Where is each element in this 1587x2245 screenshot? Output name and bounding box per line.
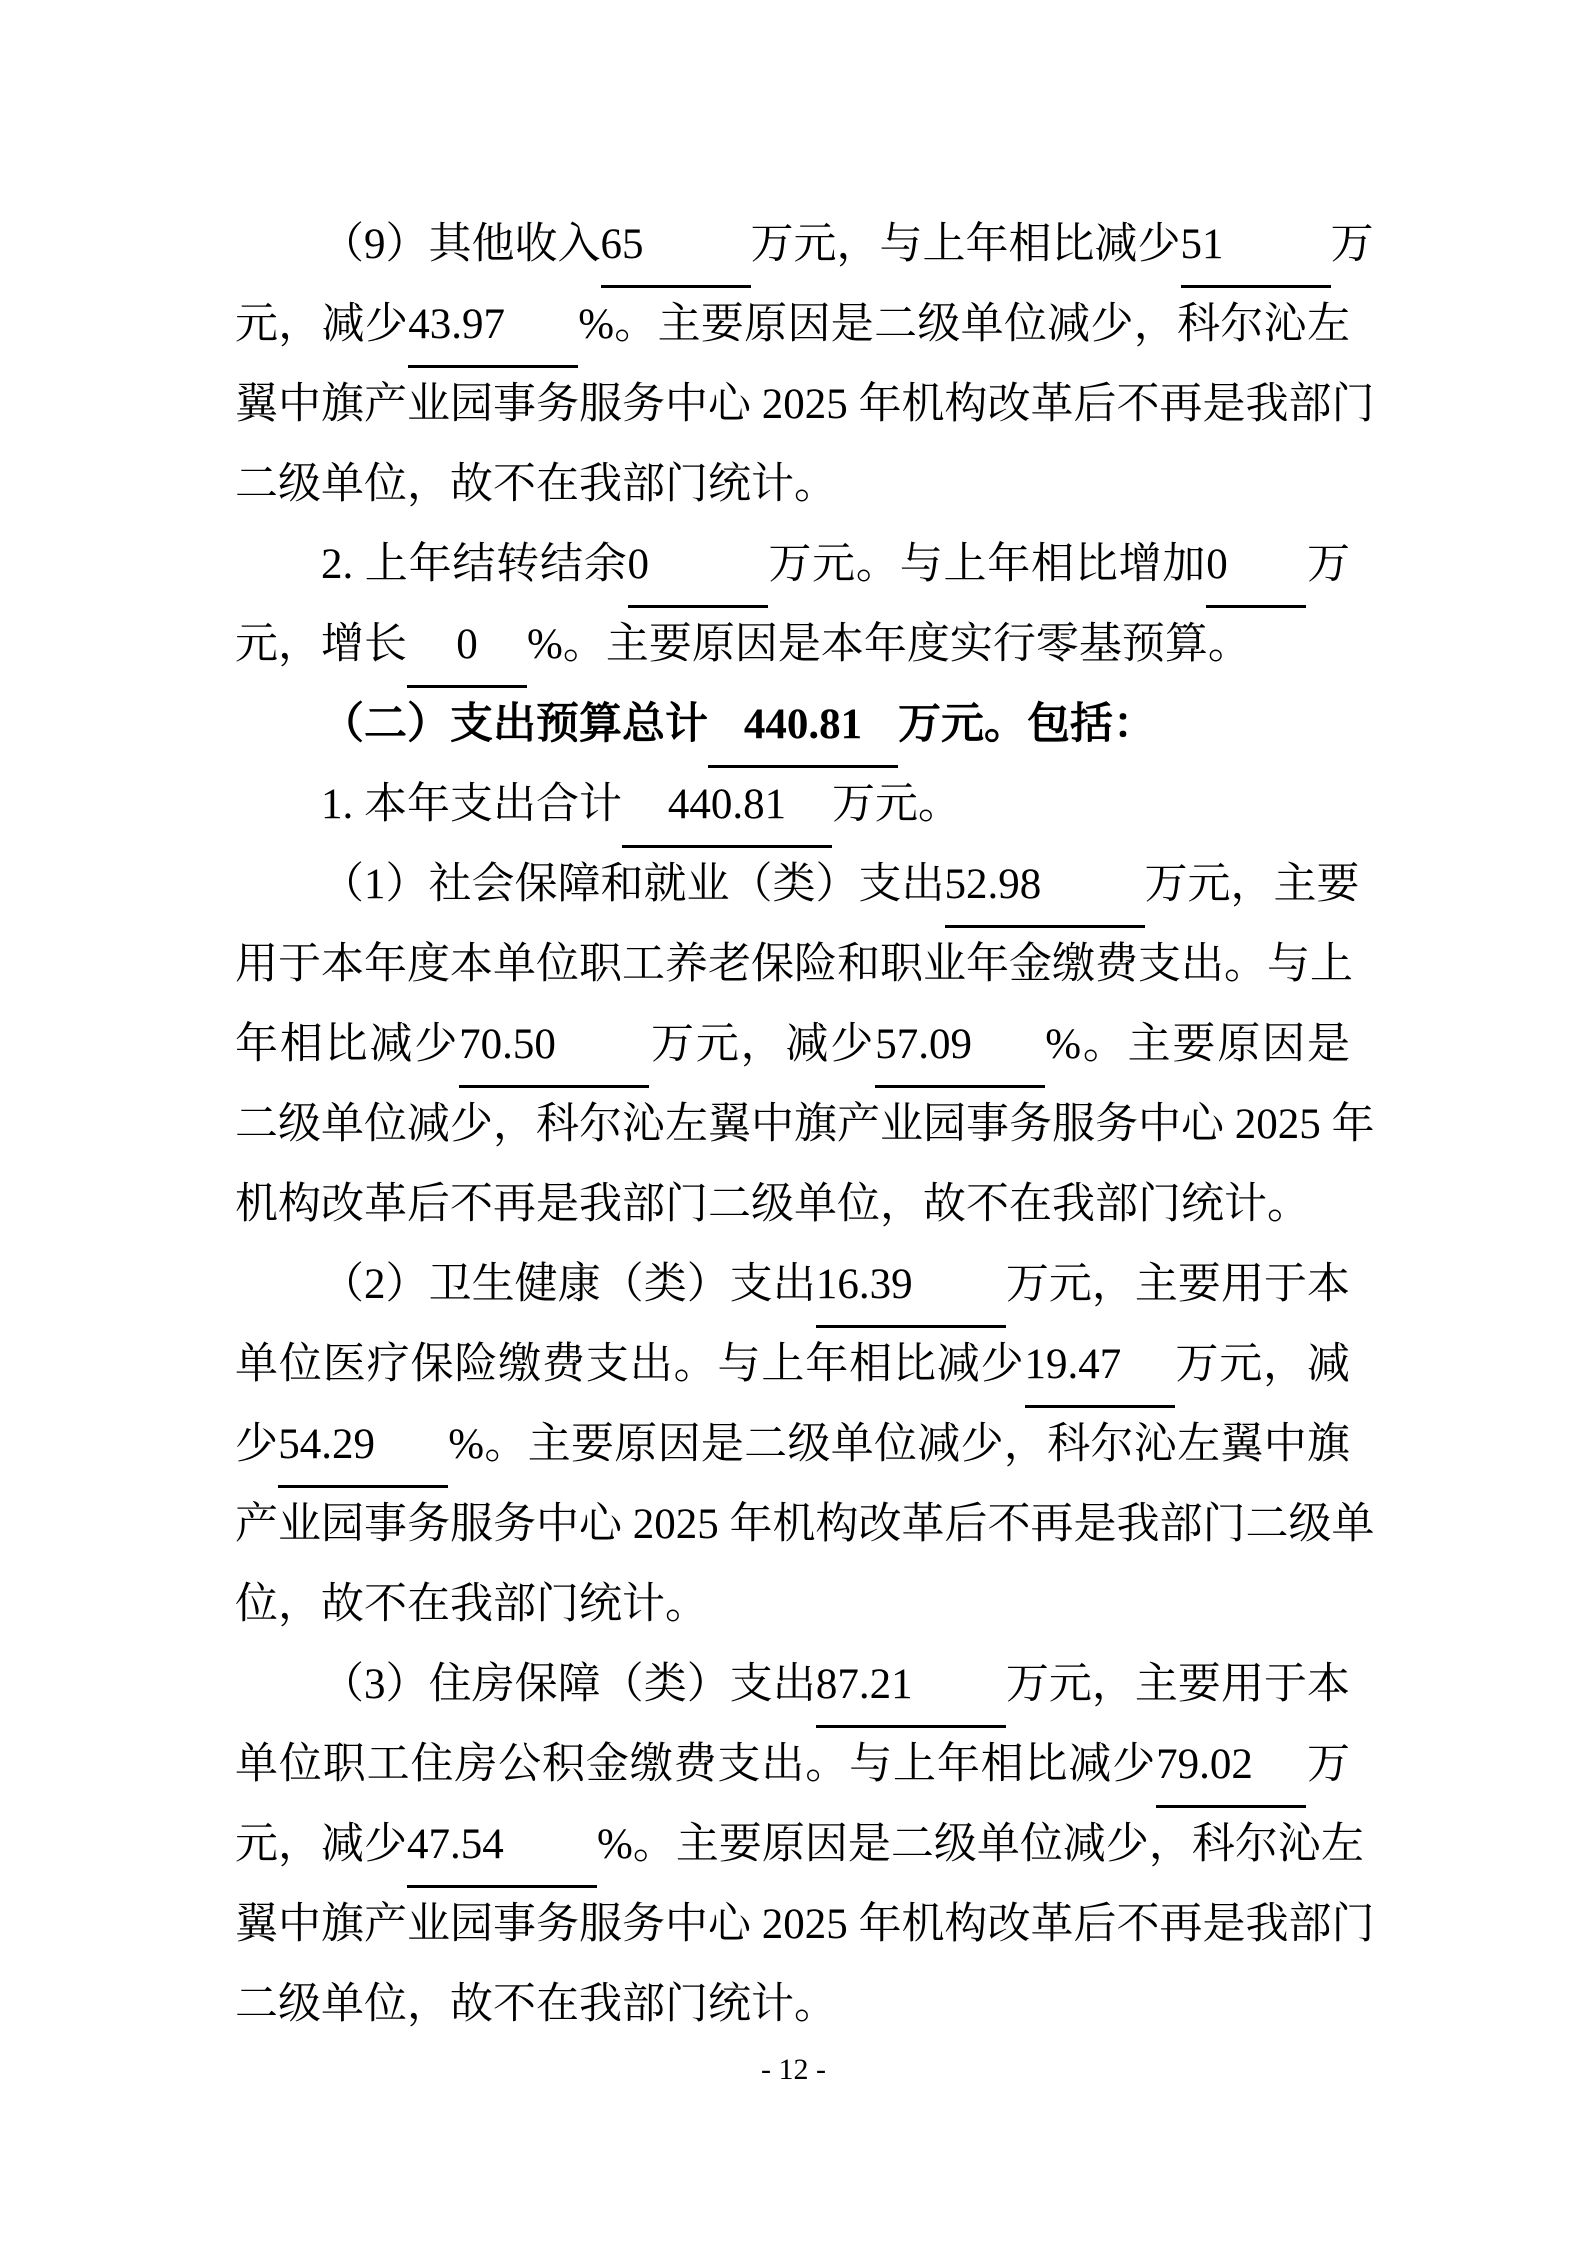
- paragraph-line: 单位医疗保险缴费支出。与上年相比减少19.47万元，减: [235, 1325, 1350, 1405]
- paragraph-line: 少54.29%。主要原因是二级单位减少，科尔沁左翼中旗: [235, 1405, 1350, 1485]
- text-run: 万元。: [832, 781, 961, 828]
- paragraph-line: 用于本年度本单位职工养老保险和职业年金缴费支出。与上: [235, 925, 1350, 1005]
- paragraph-line: 元，减少47.54%。主要原因是二级单位减少，科尔沁左: [235, 1805, 1350, 1885]
- paragraph-line: 翼中旗产业园事务服务中心 2025 年机构改革后不再是我部门: [235, 1885, 1350, 1965]
- paragraph-line: （1）社会保障和就业（类）支出52.98万元，主要: [235, 845, 1350, 925]
- paragraph-line: 产业园事务服务中心 2025 年机构改革后不再是我部门二级单: [235, 1485, 1350, 1565]
- text-run: （二）支出预算总计: [321, 701, 708, 748]
- text-run: 翼中旗产业园事务服务中心 2025 年机构改革后不再是我部门: [235, 381, 1375, 428]
- paragraph-line: 翼中旗产业园事务服务中心 2025 年机构改革后不再是我部门: [235, 365, 1350, 445]
- text-run: 少: [235, 1421, 278, 1468]
- paragraph-line: 位，故不在我部门统计。: [235, 1565, 1350, 1645]
- text-run: 机构改革后不再是我部门二级单位，故不在我部门统计。: [235, 1181, 1310, 1228]
- fill-in-value: 0: [407, 605, 527, 688]
- text-run: 万: [1331, 221, 1374, 268]
- paragraph-line: 机构改革后不再是我部门二级单位，故不在我部门统计。: [235, 1165, 1350, 1245]
- paragraph-line: 年相比减少70.50万元，减少57.09%。主要原因是: [235, 1005, 1350, 1085]
- paragraph-line: 元，增长0%。主要原因是本年度实行零基预算。: [235, 605, 1350, 685]
- text-run: %。主要原因是: [1045, 1021, 1350, 1068]
- fill-in-value: 440.81: [622, 765, 832, 848]
- fill-in-value: 43.97: [408, 285, 578, 368]
- text-run: 万元，主要: [1145, 861, 1360, 908]
- fill-in-value: 54.29: [278, 1405, 448, 1488]
- text-run: （9）其他收入: [321, 221, 601, 268]
- paragraph-line: 单位职工住房公积金缴费支出。与上年相比减少79.02万: [235, 1725, 1350, 1805]
- text-run: 年相比减少: [235, 1021, 459, 1068]
- text-run: 翼中旗产业园事务服务中心 2025 年机构改革后不再是我部门: [235, 1901, 1375, 1948]
- fill-in-value: 19.47: [1025, 1325, 1175, 1408]
- text-run: %。主要原因是二级单位减少，科尔沁左翼中旗: [448, 1421, 1350, 1468]
- paragraph-line: 二级单位减少，科尔沁左翼中旗产业园事务服务中心 2025 年: [235, 1085, 1350, 1165]
- paragraph-line: 1. 本年支出合计440.81万元。: [235, 765, 1350, 845]
- text-run: 单位医疗保险缴费支出。与上年相比减少: [235, 1341, 1025, 1388]
- text-run: 1. 本年支出合计: [321, 781, 622, 828]
- document-body: （9）其他收入65万元，与上年相比减少51万元，减少43.97%。主要原因是二级…: [235, 205, 1350, 2045]
- paragraph-line: 二级单位，故不在我部门统计。: [235, 1965, 1350, 2045]
- paragraph-line: 2. 上年结转结余0万元。与上年相比增加0万: [235, 525, 1350, 605]
- page-number: - 12 -: [0, 2052, 1587, 2088]
- fill-in-value: 79.02: [1156, 1725, 1306, 1808]
- text-run: 万元。与上年相比增加: [768, 541, 1207, 588]
- text-run: %。主要原因是二级单位减少，科尔沁左: [597, 1821, 1364, 1868]
- paragraph-line: （3）住房保障（类）支出87.21万元，主要用于本: [235, 1645, 1350, 1725]
- text-run: 万: [1306, 1741, 1350, 1788]
- document-page: （9）其他收入65万元，与上年相比减少51万元，减少43.97%。主要原因是二级…: [235, 205, 1350, 2045]
- text-run: 位，故不在我部门统计。: [235, 1581, 708, 1628]
- paragraph-line: （二）支出预算总计440.81万元。包括：: [235, 685, 1350, 765]
- text-run: 万元，减: [1175, 1341, 1350, 1388]
- paragraph-line: （2）卫生健康（类）支出16.39万元，主要用于本: [235, 1245, 1350, 1325]
- text-run: 单位职工住房公积金缴费支出。与上年相比减少: [235, 1741, 1156, 1788]
- text-run: 万元，主要用于本: [1006, 1261, 1350, 1308]
- fill-in-value: 70.50: [459, 1005, 649, 1088]
- fill-in-value: 0: [1206, 525, 1306, 608]
- text-run: 元，增长: [235, 621, 407, 668]
- text-run: 产业园事务服务中心 2025 年机构改革后不再是我部门二级单: [235, 1501, 1375, 1548]
- text-run: 二级单位减少，科尔沁左翼中旗产业园事务服务中心 2025 年: [235, 1101, 1375, 1148]
- text-run: 万元。包括：: [898, 701, 1156, 748]
- fill-in-value: 51: [1181, 205, 1331, 288]
- fill-in-value: 52.98: [945, 845, 1145, 928]
- fill-in-value: 65: [601, 205, 751, 288]
- fill-in-value: 16.39: [816, 1245, 1006, 1328]
- text-run: 万元，主要用于本: [1006, 1661, 1350, 1708]
- text-run: %。主要原因是本年度实行零基预算。: [527, 621, 1251, 668]
- text-run: （3）住房保障（类）支出: [321, 1661, 816, 1708]
- text-run: 2. 上年结转结余: [321, 541, 628, 588]
- fill-in-value: 57.09: [875, 1005, 1045, 1088]
- fill-in-value: 87.21: [816, 1645, 1006, 1728]
- paragraph-line: 二级单位，故不在我部门统计。: [235, 445, 1350, 525]
- text-run: 元，减少: [235, 301, 408, 348]
- text-run: 用于本年度本单位职工养老保险和职业年金缴费支出。与上: [235, 941, 1353, 988]
- text-run: 万元，与上年相比减少: [751, 221, 1181, 268]
- text-run: 万: [1306, 541, 1350, 588]
- text-run: 二级单位，故不在我部门统计。: [235, 1981, 837, 2028]
- fill-in-value: 0: [628, 525, 768, 608]
- text-run: %。主要原因是二级单位减少，科尔沁左: [578, 301, 1350, 348]
- paragraph-line: 元，减少43.97%。主要原因是二级单位减少，科尔沁左: [235, 285, 1350, 365]
- text-run: 二级单位，故不在我部门统计。: [235, 461, 837, 508]
- text-run: （1）社会保障和就业（类）支出: [321, 861, 945, 908]
- fill-in-value: 47.54: [407, 1805, 597, 1888]
- text-run: （2）卫生健康（类）支出: [321, 1261, 816, 1308]
- text-run: 元，减少: [235, 1821, 407, 1868]
- fill-in-value: 440.81: [708, 685, 898, 768]
- text-run: 万元，减少: [649, 1021, 875, 1068]
- paragraph-line: （9）其他收入65万元，与上年相比减少51万: [235, 205, 1350, 285]
